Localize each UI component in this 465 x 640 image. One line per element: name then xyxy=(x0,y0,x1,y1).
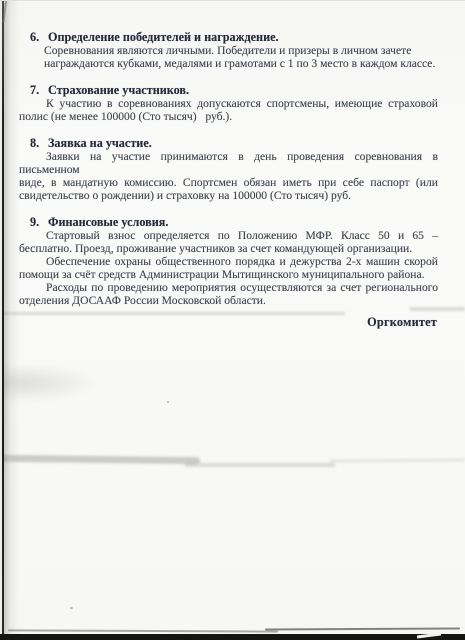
scan-smudge-line xyxy=(0,455,200,464)
text-line: Расходы по проведению мероприятия осущес… xyxy=(19,281,438,294)
scan-paper-bottom-edge xyxy=(8,629,278,632)
section-6-title: Определение победителей и награждение. xyxy=(48,30,279,44)
scan-smudge-line xyxy=(185,463,335,467)
section-8: 8.Заявка на участие. Заявки на участие п… xyxy=(19,136,438,202)
text-line: отделения ДОСААФ России Московской облас… xyxy=(19,294,438,307)
scan-top-edge-line xyxy=(0,0,465,1)
signature-orgkomitet: Оргкомитет xyxy=(19,316,438,329)
section-8-number: 8. xyxy=(30,136,48,150)
text-line: награждаются кубками, медалями и грамота… xyxy=(44,57,438,70)
text-line: Стартовый взнос определяется по Положени… xyxy=(19,229,438,242)
text-line: бесплатно. Проезд, проживание участников… xyxy=(19,242,438,255)
scan-speck xyxy=(167,401,169,403)
section-7-title: Страхование участников. xyxy=(48,83,189,97)
section-9-heading: 9.Финансовые условия. xyxy=(30,215,438,229)
text-line: Соревнования являются личными. Победител… xyxy=(44,44,438,57)
text-line: Заявки на участие принимаются в день про… xyxy=(19,150,438,176)
section-7-number: 7. xyxy=(30,83,48,97)
scan-bottom-black-band xyxy=(0,634,465,640)
section-6: 6.Определение победителей и награждение.… xyxy=(19,30,438,70)
scan-speck xyxy=(70,607,73,609)
scan-left-edge-line xyxy=(2,0,4,640)
section-7-heading: 7.Страхование участников. xyxy=(30,83,438,97)
document-content: 6.Определение победителей и награждение.… xyxy=(19,30,438,329)
text-line: виде, в мандатную комиссию. Спортсмен об… xyxy=(19,176,438,189)
text-line: полис (не менее 100000 (Сто тысяч) руб.)… xyxy=(19,110,438,123)
text-line: свидетельство о рождении) и страховку на… xyxy=(19,189,438,202)
section-6-number: 6. xyxy=(30,30,48,44)
scanned-document-page: 6.Определение победителей и награждение.… xyxy=(0,0,465,640)
scan-left-shade xyxy=(4,0,20,640)
section-6-heading: 6.Определение победителей и награждение. xyxy=(30,30,438,44)
section-8-title: Заявка на участие. xyxy=(48,136,152,150)
section-9-number: 9. xyxy=(30,215,48,229)
scan-paper-bottom-edge xyxy=(265,627,460,630)
scan-smudge-line xyxy=(330,458,465,462)
section-8-heading: 8.Заявка на участие. xyxy=(30,136,438,150)
section-9-title: Финансовые условия. xyxy=(48,215,168,229)
text-line: Обеспечение охраны общественного порядка… xyxy=(19,255,438,268)
section-9: 9.Финансовые условия. Стартовый взнос оп… xyxy=(19,215,438,307)
text-line: К участию в соревнованиях допускаются сп… xyxy=(19,97,438,110)
text-line: помощи за счёт средств Администрации Мыт… xyxy=(19,268,438,281)
section-7: 7.Страхование участников. К участию в со… xyxy=(19,83,438,123)
